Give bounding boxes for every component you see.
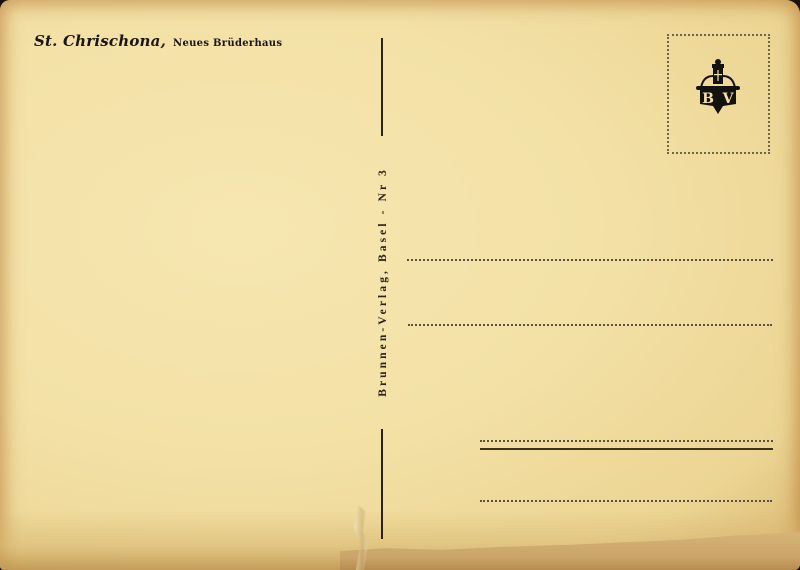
address-line-2	[408, 324, 772, 326]
caption: St. Chrischona, Neues Brüderhaus	[34, 32, 282, 51]
postcard-back: St. Chrischona, Neues Brüderhaus Brunnen…	[0, 0, 800, 570]
center-divider-top	[381, 38, 383, 136]
publisher-imprint: Brunnen-Verlag, Basel - Nr 3	[377, 167, 389, 397]
caption-subtitle: Neues Brüderhaus	[173, 38, 282, 49]
address-underline	[480, 448, 773, 450]
address-line-3	[480, 440, 773, 442]
lantern-bv-monogram-icon: B V	[693, 58, 743, 118]
address-line-1	[407, 259, 773, 261]
svg-text:V: V	[722, 91, 735, 107]
address-line-4	[480, 500, 772, 502]
caption-title: St. Chrischona,	[34, 32, 166, 50]
center-divider-bottom	[381, 429, 383, 539]
svg-text:B: B	[702, 91, 714, 107]
